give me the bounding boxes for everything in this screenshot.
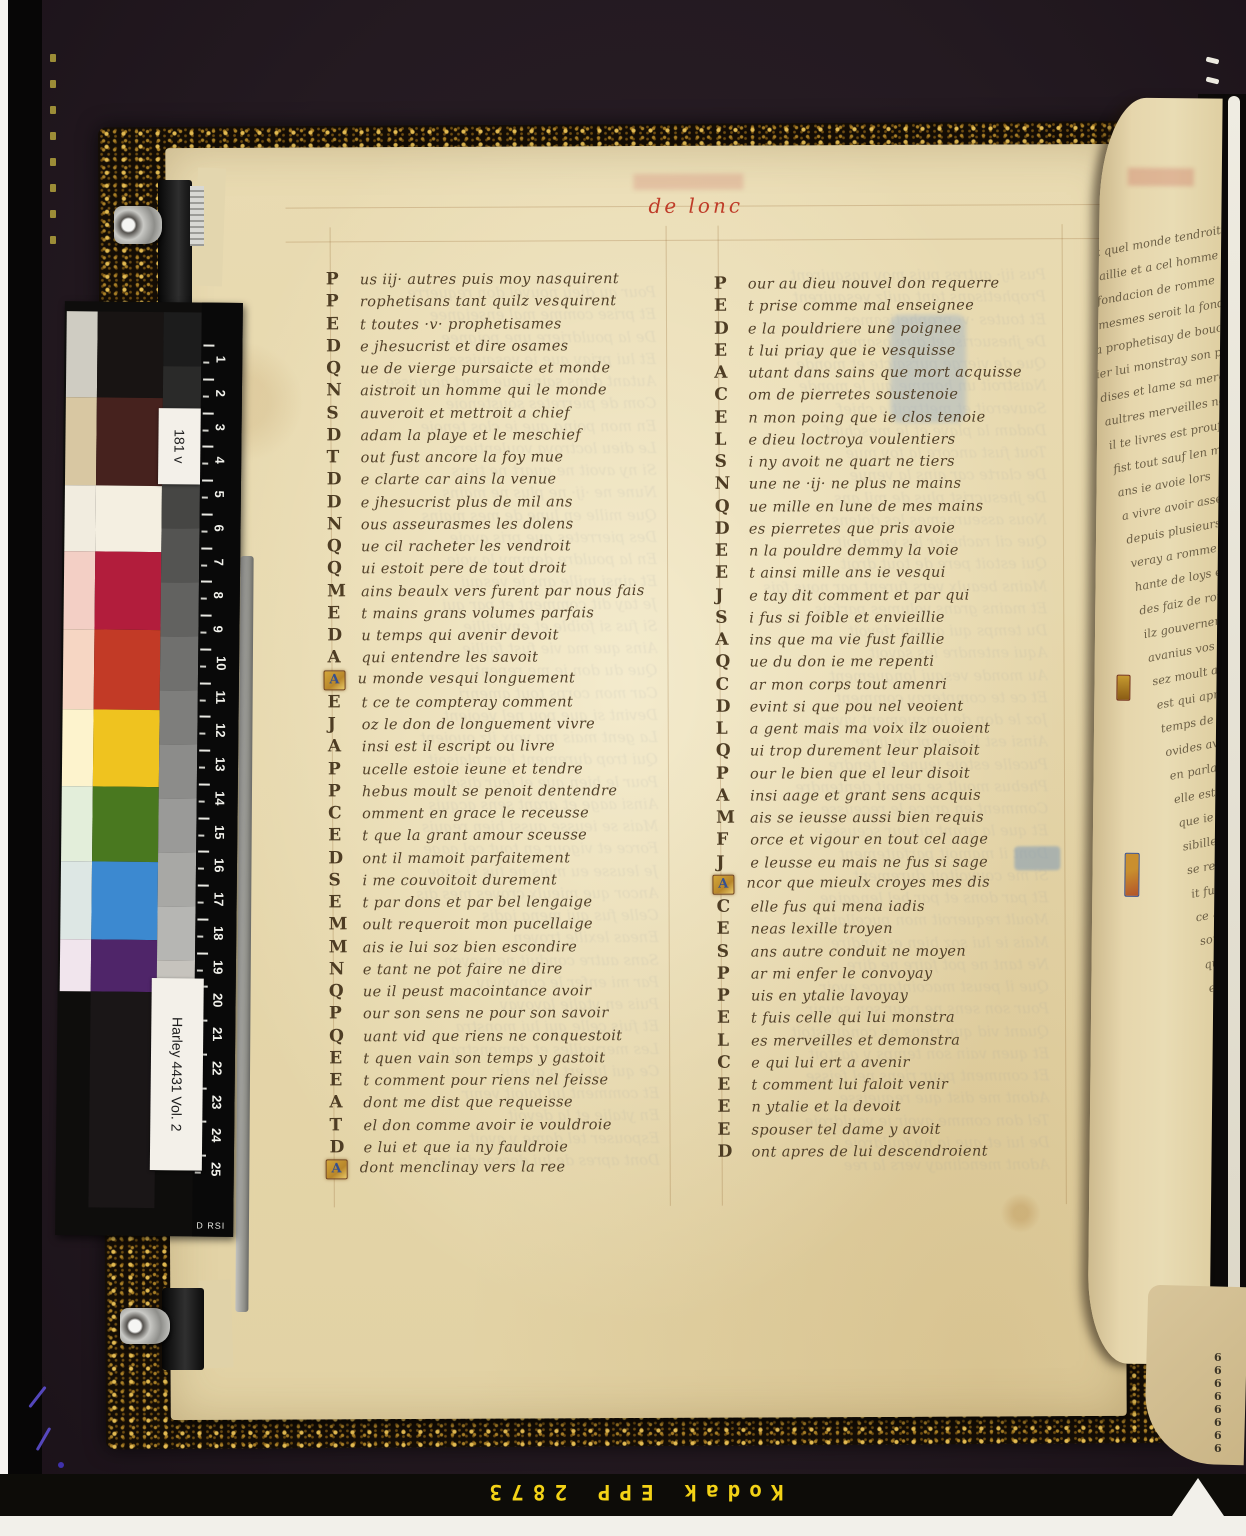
- film-edge-mark: [50, 54, 56, 62]
- film-edge-mark: [50, 184, 56, 192]
- line-text: insi est il escript ou livre: [362, 739, 555, 756]
- edge-digit-glyph: 6: [1214, 1404, 1222, 1416]
- film-edge-white-strip: [0, 0, 8, 1536]
- line-text: ue mille en lune de mes mains: [749, 498, 984, 515]
- line-initial: Q: [715, 496, 739, 516]
- color-patch: [95, 485, 162, 552]
- line-text: ais se ieusse aussi bien requis: [750, 810, 984, 827]
- line-text: ains beaulx vers furent par nous fais: [361, 583, 645, 600]
- ruler-tick: 3: [200, 412, 241, 446]
- line-initial: C: [714, 385, 738, 405]
- color-calibration-bar: 1234567891011121314151617181920212223242…: [55, 301, 243, 1237]
- line-initial: D: [326, 425, 350, 445]
- manuscript-line: Et par dons et par bel lengaige: [328, 891, 678, 915]
- line-initial: N: [327, 514, 351, 534]
- ruler-number: 8: [211, 592, 226, 599]
- line-text: orce et vigour en tout cel aage: [750, 832, 988, 849]
- ruler-number: 5: [212, 491, 227, 498]
- next-folio-text: uant quel monde tendroitla vaillie et a …: [1087, 193, 1222, 1050]
- ink-stroke: [36, 1427, 52, 1451]
- manuscript-line: Nune ne ·ij· ne plus ne mains: [715, 472, 1065, 496]
- line-text: t quen vain son temps y gastoit: [363, 1050, 605, 1067]
- ruler-tick: 16: [196, 851, 237, 885]
- line-text: t fuis celle qui lui monstra: [751, 1010, 955, 1027]
- line-initial: E: [327, 603, 351, 623]
- line-initial: N: [715, 474, 739, 494]
- manuscript-line: En mon poing que ie clos tenoie: [714, 406, 1064, 430]
- line-text: us iij· autres puis moy nasquirent: [360, 271, 619, 288]
- line-text: e leusse eu mais ne fus si sage: [750, 854, 988, 871]
- manuscript-line: Ancor que mieulx croyes mes dis: [716, 873, 1066, 897]
- manuscript-line: Dont apres de lui descendroient: [718, 1140, 1068, 1164]
- line-text: evint si que pou nel veoient: [750, 698, 964, 715]
- ink-stroke: [28, 1386, 46, 1408]
- line-text: t que la grant amour sceusse: [362, 828, 587, 845]
- line-text: e dieu loctroya voulentiers: [748, 431, 955, 448]
- line-initial: P: [714, 274, 738, 294]
- line-initial: E: [328, 692, 352, 712]
- manuscript-line: Tout fust ancore la foy mue: [327, 446, 677, 470]
- manuscript-line: Le dieu loctroya voulentiers: [714, 428, 1064, 452]
- line-initial: S: [328, 870, 352, 890]
- line-initial: M: [716, 808, 740, 828]
- line-text: ais ie lui soz bien escondire: [363, 939, 578, 956]
- line-text: oz le don de longuement vivre: [362, 716, 595, 733]
- line-text: utant dans sains que mort acquisse: [748, 364, 1022, 381]
- gray-step: [161, 528, 200, 582]
- line-initial: D: [327, 470, 351, 490]
- ruler-number: 6: [212, 524, 227, 531]
- manuscript-line: Par mi enfer le convoyay: [717, 962, 1067, 986]
- manuscript-line: Ainsi est il escript ou livre: [328, 735, 678, 759]
- ruler-tick: 7: [199, 547, 240, 581]
- line-initial: E: [717, 1008, 741, 1028]
- line-text: n la pouldre demmy la voie: [749, 543, 959, 560]
- film-edge-mark: [50, 80, 56, 88]
- line-initial: M: [329, 937, 353, 957]
- shelfmark-sticker: Harley 4431 Vol. 2: [150, 978, 204, 1171]
- gray-step: [158, 798, 197, 852]
- line-text: el don comme avoir ie vouldroie: [363, 1117, 611, 1134]
- color-patch: [96, 397, 163, 486]
- manuscript-line: De jhesucrist plus de mil ans: [327, 490, 677, 514]
- line-initial: J: [328, 714, 352, 734]
- manuscript-line: Moult requeroit mon pucellaige: [329, 913, 679, 937]
- manuscript-line: Si fus si foible et envieillie: [715, 606, 1065, 630]
- next-folio-rubric-ghost: [1128, 168, 1194, 187]
- manuscript-line: Eneas lexille troyen: [717, 917, 1067, 941]
- manuscript-line: De jhesucrist et dire osames: [326, 335, 676, 359]
- next-folio-page: uant quel monde tendroitla vaillie et a …: [1087, 97, 1222, 1364]
- film-brand-caption: Kodak EPP 2873: [392, 1480, 872, 1504]
- line-text: ue du don ie me repenti: [749, 654, 934, 671]
- manuscript-line: En ytalie et la devoit: [717, 1095, 1067, 1119]
- manuscript-line: Pour le bien que el leur disoit: [716, 762, 1066, 786]
- line-text: qui entendre les savoit: [361, 650, 538, 667]
- line-initial: E: [326, 314, 350, 334]
- ruler-tick: 15: [196, 817, 237, 851]
- edge-digit-glyph: 6: [1214, 1352, 1222, 1364]
- manuscript-line: Devint si que pou nel veoient: [716, 695, 1066, 719]
- book-clamp-top: [158, 180, 192, 308]
- pale-patch: [61, 786, 93, 861]
- ruler-number: 17: [211, 892, 226, 907]
- manuscript-line: Com de pierretes soustenoie: [714, 383, 1064, 407]
- ruler-number: 13: [213, 757, 228, 772]
- line-initial: P: [717, 963, 741, 983]
- line-text: i ny avoit ne quart ne tiers: [749, 454, 955, 471]
- ruler-number: 22: [210, 1061, 225, 1076]
- edge-digit-glyph: 6: [1214, 1417, 1222, 1429]
- manuscript-line: Je leusse eu mais ne fus si sage: [716, 851, 1066, 875]
- metal-clip-bottom: [120, 1308, 170, 1344]
- film-sprocket-mark: [1206, 57, 1220, 65]
- line-initial: T: [327, 447, 351, 467]
- line-text: out fust ancore la foy mue: [361, 449, 564, 466]
- manuscript-line: Ains que ma vie fust faillie: [715, 628, 1065, 652]
- manuscript-line: Comment en grace le receusse: [328, 802, 678, 826]
- line-text: dont menclinay vers la ree: [360, 1159, 566, 1176]
- line-text: a gent mais ma voix ilz ouoient: [750, 720, 991, 737]
- line-initial: M: [327, 581, 351, 601]
- line-text: e tant ne pot faire ne dire: [363, 961, 563, 978]
- line-initial: C: [717, 897, 741, 917]
- line-initial: D: [328, 848, 352, 868]
- manuscript-line: Ce qui lui ert a avenir: [717, 1051, 1067, 1075]
- manuscript-line: Dont il mamoit parfaitement: [328, 846, 678, 870]
- manuscript-line: Pour au dieu nouvel don requerre: [714, 272, 1064, 296]
- line-text: hebus moult se penoit dentendre: [362, 783, 617, 800]
- manuscript-line: Adont menclinay vers la ree: [330, 1158, 680, 1182]
- manuscript-line: Du temps qui avenir devoit: [327, 624, 677, 648]
- ruler-tick: 17: [195, 884, 236, 918]
- line-initial: Q: [327, 536, 351, 556]
- film-edge-mark: [50, 158, 56, 166]
- manuscript-line: Et quen vain son temps y gastoit: [329, 1047, 679, 1071]
- line-initial: J: [715, 585, 739, 605]
- pale-patch: [63, 551, 95, 629]
- manuscript-line: Mais se ieusse aussi bien requis: [716, 806, 1066, 830]
- manuscript-line: Je tay dit comment et par qui: [715, 584, 1065, 608]
- manuscript-line: Au monde vesqui longuement: [328, 668, 678, 692]
- manuscript-line: Dadam la playe et le meschief: [326, 424, 676, 448]
- ink-dot: [58, 1462, 64, 1468]
- edge-digit-glyph: 6: [1214, 1443, 1222, 1455]
- ruler-tick: 10: [198, 648, 239, 682]
- manuscript-line: Mais ie lui soz bien escondire: [329, 935, 679, 959]
- film-edge-mark: [50, 132, 56, 140]
- line-text: e clarte car ains la venue: [361, 472, 557, 489]
- line-text: our le bien que el leur disoit: [750, 765, 970, 782]
- line-text: e la pouldriere une poignee: [748, 320, 962, 337]
- line-text: ucelle estoie ieune et tendre: [362, 761, 583, 778]
- manuscript-line: Sauveroit et mettroit a chief: [326, 401, 676, 425]
- ruler-number: 4: [212, 457, 227, 464]
- pale-patch: [60, 861, 92, 939]
- manuscript-line: Sans autre conduit ne moyen: [717, 940, 1067, 964]
- manuscript-line: Si ny avoit ne quart ne tiers: [715, 450, 1065, 474]
- line-initial: E: [717, 1119, 741, 1139]
- folio-number-sticker: 181 v: [158, 408, 201, 484]
- line-text: spouser tel dame y avoit: [751, 1121, 940, 1138]
- color-patch: [93, 709, 160, 787]
- line-text: ue il peust macointance avoir: [363, 983, 592, 1000]
- manuscript-line: La gent mais ma voix ilz ouoient: [716, 717, 1066, 741]
- film-ink-marks: [32, 1384, 72, 1484]
- ruler-number: 21: [210, 1027, 225, 1042]
- line-initial: E: [714, 296, 738, 316]
- rubric-show-through: [633, 174, 743, 190]
- line-initial: D: [718, 1141, 742, 1161]
- line-text: ar mon corps tout amenri: [750, 676, 948, 693]
- line-text: elle fus qui mena iadis: [751, 899, 926, 916]
- line-text: t prise comme mal enseignee: [748, 298, 974, 315]
- line-text: t par dons et par bel lengaige: [362, 894, 592, 911]
- illuminated-initial: A: [326, 1159, 348, 1179]
- ruler-number: 25: [208, 1162, 223, 1177]
- film-edge-mark: [50, 106, 56, 114]
- film-edge-mark: [50, 210, 56, 218]
- manuscript-line: Espouser tel dame y avoit: [717, 1118, 1067, 1142]
- line-initial: S: [717, 941, 741, 961]
- line-text: n ytalie et la devoit: [751, 1099, 901, 1116]
- line-initial: D: [715, 518, 739, 538]
- line-text: neas lexille troyen: [751, 921, 893, 938]
- line-initial: Q: [326, 358, 350, 378]
- line-text: adam la playe et le meschief: [360, 427, 581, 444]
- line-initial: A: [715, 630, 739, 650]
- manuscript-line: Et fuis celle qui lui monstra: [717, 1006, 1067, 1030]
- line-initial: P: [328, 759, 352, 779]
- line-text: i me couvoitoit durement: [362, 872, 557, 889]
- line-text: omment en grace le receusse: [362, 805, 589, 822]
- line-initial: P: [716, 763, 740, 783]
- ruler-number: 11: [213, 690, 228, 704]
- pale-patch: [64, 485, 96, 551]
- line-initial: A: [329, 1093, 353, 1113]
- line-initial: Q: [329, 981, 353, 1001]
- ruler-number: 9: [211, 626, 226, 633]
- pale-patch: [66, 311, 98, 397]
- manuscript-line: Et lui priay que ie vesquisse: [714, 339, 1064, 363]
- manuscript-line: Pucelle estoie ieune et tendre: [328, 757, 678, 781]
- line-initial: C: [717, 1052, 741, 1072]
- line-initial: E: [717, 1075, 741, 1095]
- line-text: rophetisans tant quilz vesquirent: [360, 293, 617, 310]
- line-initial: C: [328, 803, 352, 823]
- manuscript-line: Que cil racheter les vendroit: [327, 535, 677, 559]
- manuscript-line: Aqui entendre les savoit: [327, 646, 677, 670]
- line-text: ont apres de lui descendroient: [752, 1143, 988, 1160]
- page-edge-digits: 66666666: [1214, 1352, 1222, 1455]
- line-text: u temps qui avenir devoit: [361, 627, 559, 644]
- line-text: t toutes ·v· prophetisames: [360, 316, 562, 333]
- pale-patch: [65, 397, 97, 485]
- line-initial: C: [716, 674, 740, 694]
- color-patch: [94, 551, 161, 630]
- ruler-tick: 13: [197, 750, 238, 784]
- ruler-tick: 5: [200, 480, 241, 514]
- manuscript-line: Que de vierge pursaicte et monde: [326, 357, 676, 381]
- manuscript-line: Qui trop durement leur plaisoit: [716, 739, 1066, 763]
- ruler-number: 23: [209, 1094, 224, 1109]
- ruler-tick: 4: [200, 446, 241, 480]
- line-text: ue cil racheter les vendroit: [361, 538, 571, 555]
- line-text: es merveilles et demonstra: [751, 1032, 960, 1049]
- line-text: t ce te compteray comment: [362, 694, 574, 711]
- gray-step: [157, 906, 196, 960]
- manuscript-line: De lui et que ia ny fauldroie: [330, 1136, 680, 1160]
- ruler-number: 15: [212, 824, 227, 839]
- manuscript-line: Quant vid que riens ne conquestoit: [329, 1024, 679, 1048]
- line-initial: P: [717, 986, 741, 1006]
- ruler-tick: 18: [195, 918, 236, 952]
- line-text: t ainsi mille ans ie vesqui: [749, 565, 946, 582]
- film-marks-left: [50, 54, 58, 264]
- line-initial: N: [326, 381, 350, 401]
- manuscript-line: Et ainsi mille ans ie vesqui: [715, 561, 1065, 585]
- line-text: ar mi enfer le convoyay: [751, 966, 933, 983]
- line-initial: Q: [327, 559, 351, 579]
- line-text: uant vid que riens ne conquestoit: [363, 1028, 622, 1045]
- line-initial: Q: [715, 652, 739, 672]
- line-initial: D: [714, 318, 738, 338]
- ruler-number: 24: [209, 1128, 224, 1143]
- line-text: ui trop durement leur plaisoit: [750, 743, 980, 760]
- ruler-tick: 9: [198, 615, 239, 649]
- line-initial: D: [327, 625, 351, 645]
- line-text: une ne ·ij· ne plus ne mains: [749, 476, 962, 493]
- line-initial: J: [716, 852, 740, 872]
- manuscript-line: Force et vigour en tout cel aage: [716, 828, 1066, 852]
- illuminated-initial: [1116, 675, 1130, 701]
- line-initial: E: [717, 919, 741, 939]
- manuscript-line: Puis en ytalie lavoyay: [717, 984, 1067, 1008]
- ruler-number: 18: [211, 926, 226, 941]
- line-text: t mains grans volumes parfais: [361, 605, 594, 622]
- pale-patch: [63, 629, 95, 709]
- color-patch: [97, 311, 164, 398]
- manuscript-line: Nous asseurasmes les dolens: [327, 513, 677, 537]
- manuscript-line: Qui estoit pere de tout droit: [327, 557, 677, 581]
- line-initial: D: [330, 1137, 354, 1157]
- line-text: ins que ma vie fust faillie: [749, 632, 944, 649]
- ruler-tick: 8: [199, 581, 240, 615]
- manuscript-line: Et prise comme mal enseignee: [714, 294, 1064, 318]
- line-text: dont me dist que requeisse: [363, 1095, 573, 1112]
- manuscript-line: Et comment pour riens nel feisse: [329, 1069, 679, 1093]
- line-initial: D: [716, 696, 740, 716]
- line-text: our son sens ne pour son savoir: [363, 1005, 609, 1022]
- gray-step: [159, 690, 198, 744]
- mount-notch: [1172, 1478, 1224, 1516]
- ruler-number: 10: [214, 656, 229, 671]
- ruler-tick: 2: [201, 378, 242, 412]
- line-text: ncor que mieulx croyes mes dis: [746, 874, 990, 891]
- ruler-tick: 1: [201, 345, 242, 379]
- line-text: t comment lui faloit venir: [751, 1077, 948, 1094]
- ruler-number: 2: [213, 389, 228, 396]
- line-text: i fus si foible et envieillie: [749, 609, 945, 626]
- ruler-number: 12: [213, 723, 228, 738]
- line-initial: P: [329, 1004, 353, 1024]
- line-text: om de pierretes soustenoie: [748, 387, 958, 404]
- manuscript-line: Celle fus qui mena iadis: [717, 895, 1067, 919]
- ruler-number: 20: [210, 993, 225, 1008]
- line-initial: A: [714, 363, 738, 383]
- film-edge-mark: [50, 236, 56, 244]
- manuscript-line: Que mille en lune de mes mains: [715, 495, 1065, 519]
- line-text: es pierretes que pris avoie: [749, 520, 955, 537]
- line-text: e jhesucrist plus de mil ans: [361, 494, 573, 511]
- line-text: our au dieu nouvel don requerre: [748, 275, 1000, 292]
- manuscript-line: Et ce te compteray comment: [328, 691, 678, 715]
- line-initial: A: [328, 737, 352, 757]
- gray-step: [163, 312, 202, 366]
- photograph-backdrop: { "photo": { "film_caption": "Kodak EPP …: [0, 0, 1246, 1536]
- color-patch: [94, 629, 161, 710]
- manuscript-line: Des pierretes que pris avoie: [715, 517, 1065, 541]
- color-patch: [91, 861, 158, 940]
- line-initial: S: [715, 607, 739, 627]
- line-text: ui estoit pere de tout droit: [361, 561, 567, 578]
- rubric-heading: de lonc: [648, 194, 743, 218]
- ruler-number: 7: [211, 558, 226, 565]
- line-initial: Q: [716, 741, 740, 761]
- line-text: insi aage et grant sens acquis: [750, 787, 981, 804]
- ruler-number: 3: [213, 423, 228, 430]
- manuscript-line: De la pouldriere une poignee: [714, 317, 1064, 341]
- manuscript-line: Phebus moult se penoit dentendre: [328, 780, 678, 804]
- line-initial: D: [326, 336, 350, 356]
- text-column-1: Pus iij· autres puis moy nasquirentProph…: [326, 268, 680, 1182]
- line-initial: S: [326, 403, 350, 423]
- text-column-2: Pour au dieu nouvel don requerreEt prise…: [714, 272, 1068, 1164]
- pale-patch: [62, 709, 94, 786]
- line-text: ans autre conduit ne moyen: [751, 943, 966, 960]
- line-text: u monde vesqui longuement: [358, 670, 576, 687]
- manuscript-line: Que il peust macointance avoir: [329, 980, 679, 1004]
- manuscript-line: Adont me dist que requeisse: [329, 1091, 679, 1115]
- line-initial: L: [716, 719, 740, 739]
- manuscript-line: Car mon corps tout amenri: [716, 673, 1066, 697]
- ruler-footer-label: D RSI: [196, 1221, 225, 1231]
- illuminated-initial: A: [324, 670, 346, 690]
- line-initial: Q: [329, 1026, 353, 1046]
- ruler-tick: 6: [199, 513, 240, 547]
- line-initial: N: [329, 959, 353, 979]
- line-initial: D: [327, 492, 351, 512]
- illuminated-initial: [1124, 853, 1139, 897]
- line-text: e jhesucrist et dire osames: [360, 338, 568, 355]
- line-text: aistroit un homme qui le monde: [360, 382, 607, 399]
- manuscript-line: Et toutes ·v· prophetisames: [326, 312, 676, 336]
- line-initial: E: [714, 340, 738, 360]
- line-initial: P: [328, 781, 352, 801]
- clamp-label-strip: [190, 186, 204, 246]
- manuscript-line: Et mains grans volumes parfais: [327, 602, 677, 626]
- gray-step: [160, 636, 199, 690]
- gray-step: [159, 744, 198, 798]
- line-initial: A: [716, 785, 740, 805]
- manuscript-line: Autant dans sains que mort acquisse: [714, 361, 1064, 385]
- line-initial: E: [717, 1097, 741, 1117]
- line-initial: E: [715, 541, 739, 561]
- manuscript-line: Et comment lui faloit venir: [717, 1073, 1067, 1097]
- line-text: ue de vierge pursaicte et monde: [360, 360, 610, 377]
- shelfmark-label: Harley 4431 Vol. 2: [168, 1017, 185, 1132]
- manuscript-line: Si me couvoitoit durement: [328, 869, 678, 893]
